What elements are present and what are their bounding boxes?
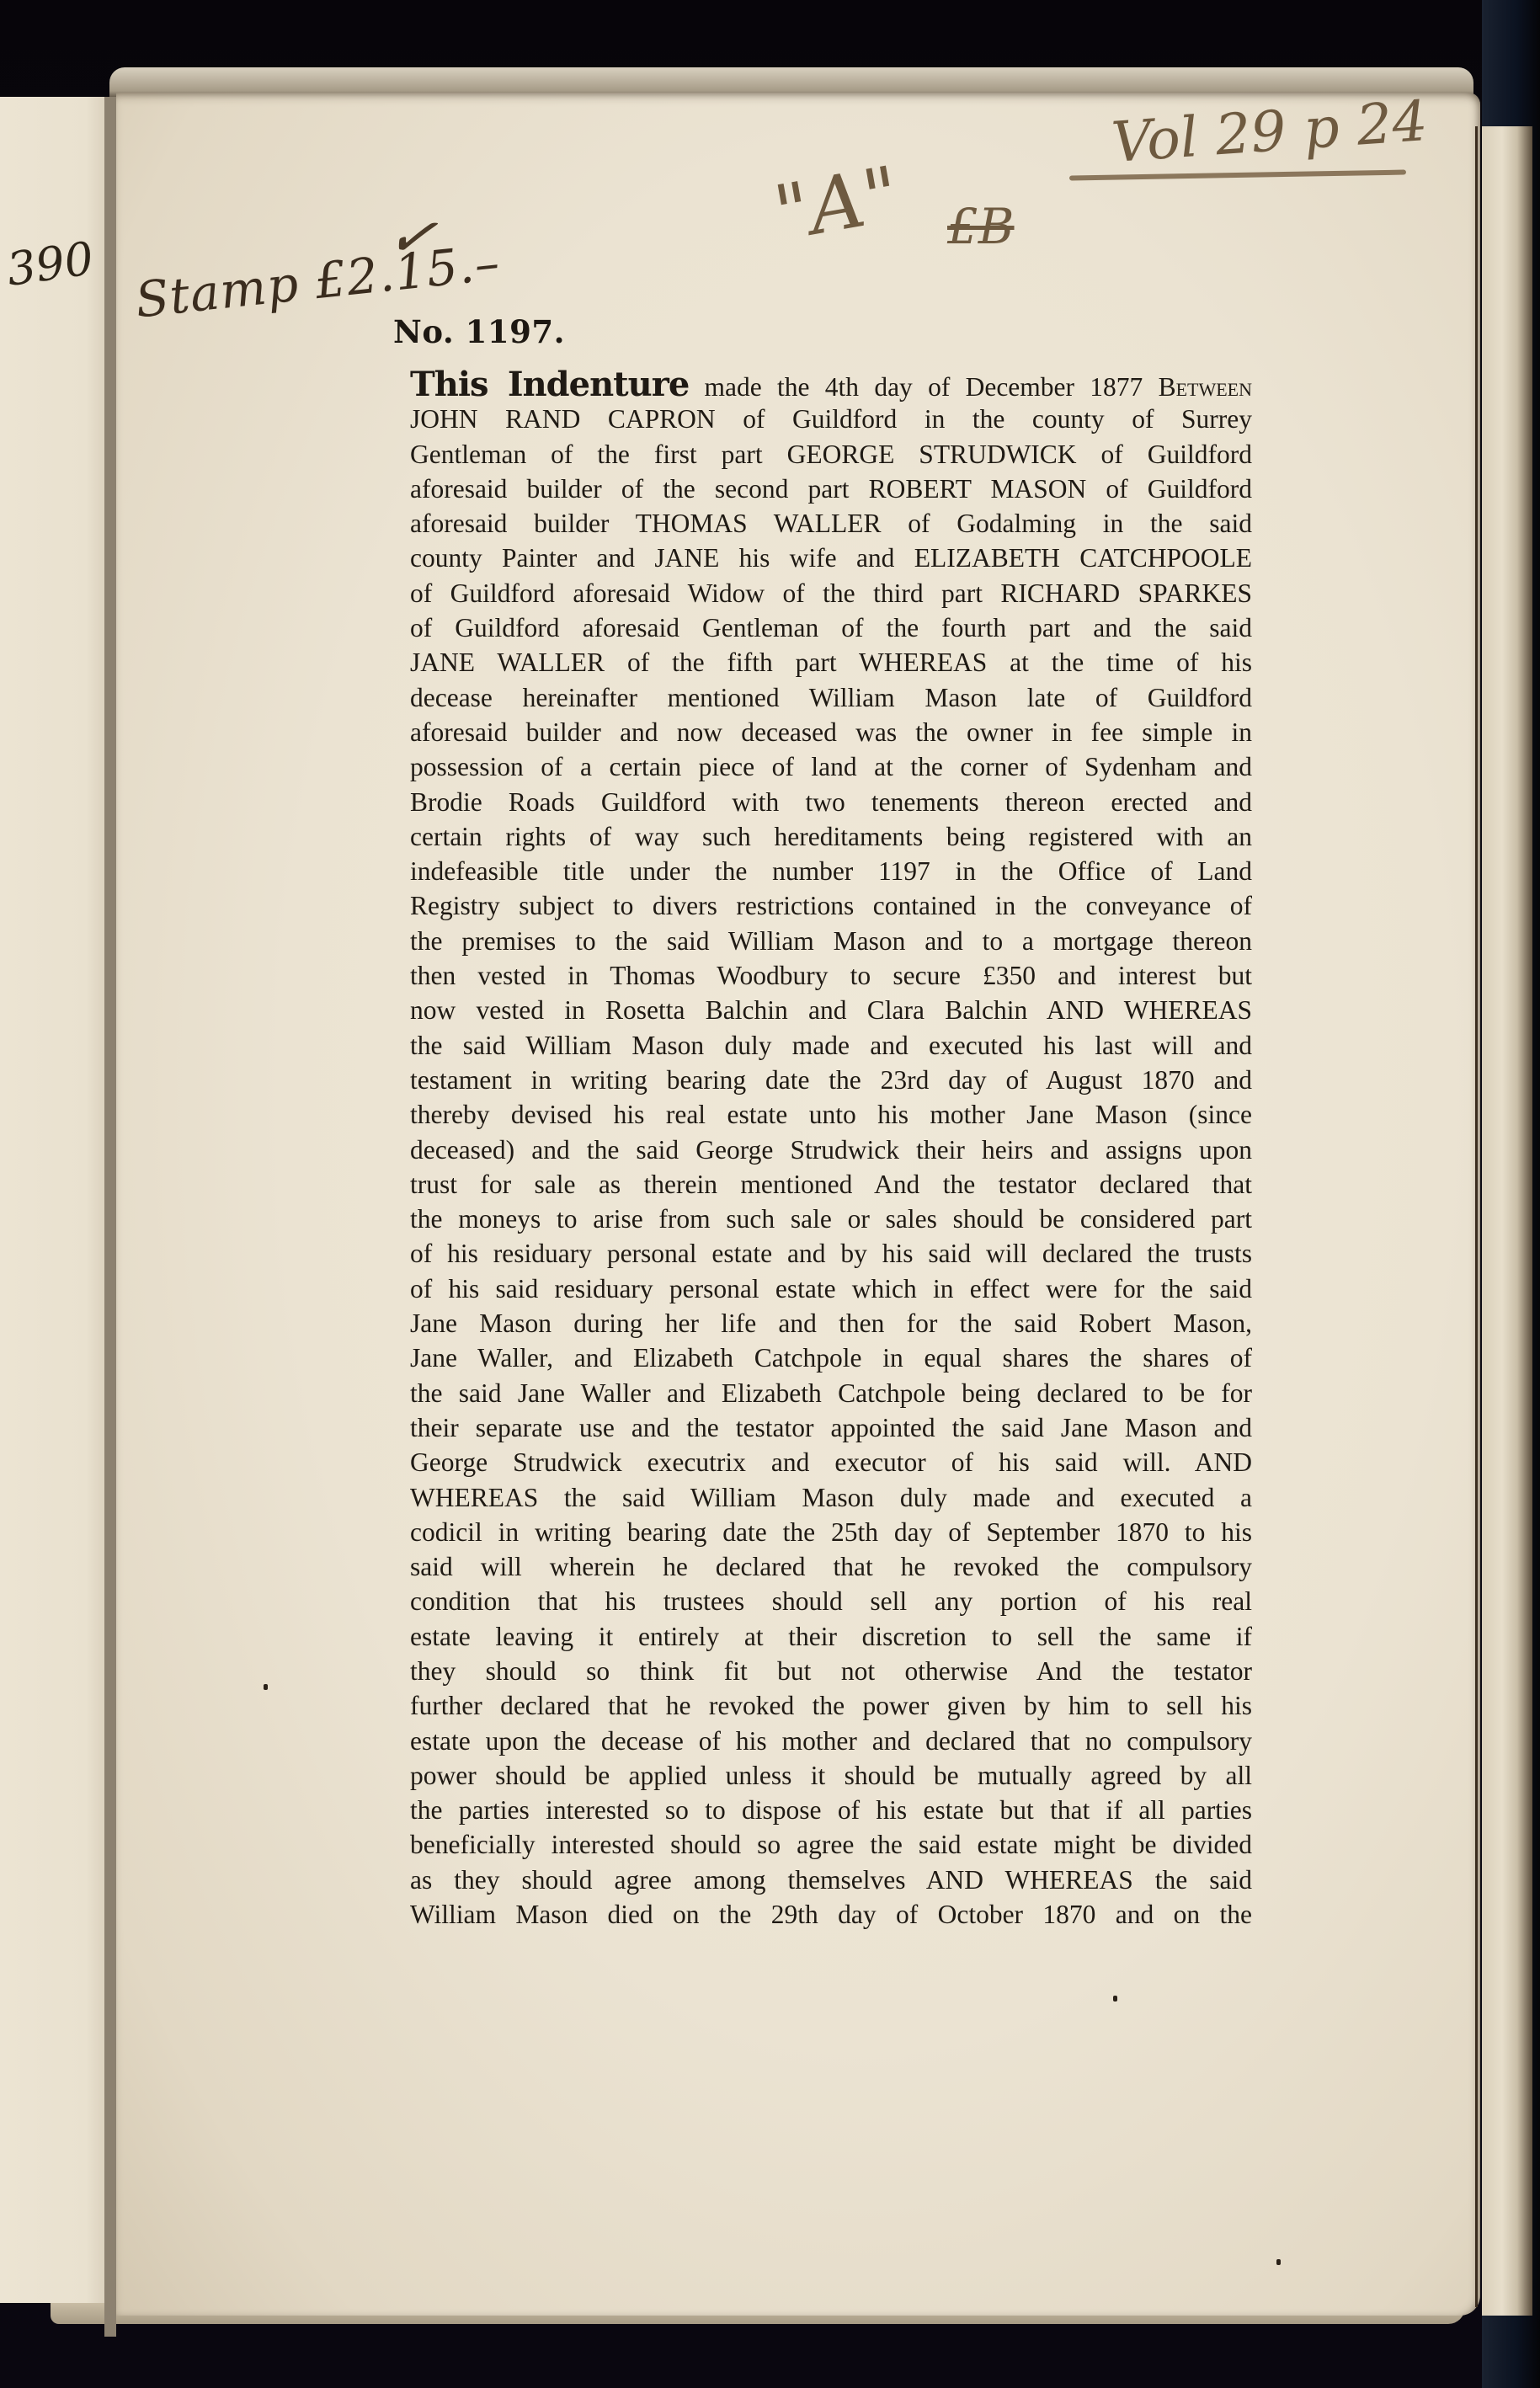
opening-line: This Indenture made the 4th day of Decem… [410,367,1252,402]
text-line: said will wherein he declared that he re… [410,1549,1252,1584]
text-line: county Painter and JANE his wife and ELI… [410,541,1252,575]
text-line: of Guildford aforesaid Widow of the thir… [410,576,1252,610]
text-line: of his said residuary personal estate wh… [410,1271,1252,1306]
document-number-heading: No. 1197. [393,313,565,350]
text-line: aforesaid builder of the second part ROB… [410,472,1252,506]
text-line: William Mason died on the 29th day of Oc… [410,1897,1252,1932]
text-line: trust for sale as therein mentioned And … [410,1167,1252,1202]
text-line: the said Jane Waller and Elizabeth Catch… [410,1376,1252,1410]
text-line: George Strudwick executrix and executor … [410,1445,1252,1479]
text-line: WHEREAS the said William Mason duly made… [410,1480,1252,1515]
text-line: Jane Mason during her life and then for … [410,1306,1252,1341]
paper-speck [1276,2259,1281,2265]
text-line: estate leaving it entirely at their disc… [410,1619,1252,1654]
text-line: JOHN RAND CAPRON of Guildford in the cou… [410,402,1252,436]
paper-speck [264,1684,268,1690]
text-line: deceased) and the said George Strudwick … [410,1133,1252,1167]
text-line: indefeasible title under the number 1197… [410,854,1252,888]
text-line: JANE WALLER of the fifth part WHEREAS at… [410,645,1252,680]
text-line: testament in writing bearing date the 23… [410,1063,1252,1097]
text-line: Registry subject to divers restrictions … [410,888,1252,923]
text-line: Brodie Roads Guildford with two tenement… [410,785,1252,819]
text-line: estate upon the decease of his mother an… [410,1724,1252,1758]
text-line: power should be applied unless it should… [410,1758,1252,1793]
text-line: certain rights of way such hereditaments… [410,819,1252,854]
text-line: of his residuary personal estate and by … [410,1236,1252,1271]
text-line: beneficially interested should so agree … [410,1827,1252,1862]
between-keyword: Between [1159,372,1252,402]
text-line: as they should agree among themselves AN… [410,1863,1252,1897]
text-line: further declared that he revoked the pow… [410,1688,1252,1723]
text-line: thereby devised his real estate unto his… [410,1097,1252,1132]
text-line: possession of a certain piece of land at… [410,749,1252,784]
paper-speck [1113,1996,1117,2002]
facing-left-page [0,97,108,2303]
page-right-edge-line [1475,126,1478,2307]
text-line: aforesaid builder THOMAS WALLER of Godal… [410,506,1252,541]
blackletter-title: This Indenture [410,365,689,404]
text-line: their separate use and the testator appo… [410,1410,1252,1445]
text-line: decease hereinafter mentioned William Ma… [410,680,1252,715]
text-line: they should so think fit but not otherwi… [410,1654,1252,1688]
text-line: Gentleman of the first part GEORGE STRUD… [410,437,1252,472]
text-line: the said William Mason duly made and exe… [410,1028,1252,1063]
page-stack-right-edge [1482,126,1532,2316]
handwritten-check-mark-icon: ✓ [383,199,441,274]
handwritten-crossed-mark: £B [947,198,1015,255]
opening-date-text: made the 4th day of December 1877 [705,372,1143,402]
text-line: then vested in Thomas Woodbury to secure… [410,958,1252,993]
text-line: of Guildford aforesaid Gentleman of the … [410,610,1252,645]
text-line: aforesaid builder and now deceased was t… [410,715,1252,749]
text-line: now vested in Rosetta Balchin and Clara … [410,993,1252,1027]
text-line: the moneys to arise from such sale or sa… [410,1202,1252,1236]
text-line: codicil in writing bearing date the 25th… [410,1515,1252,1549]
indenture-body-text: This Indenture made the 4th day of Decem… [410,367,1252,1932]
book-spine-gutter [104,97,116,2337]
text-line: the parties interested so to dispose of … [410,1793,1252,1827]
text-line: condition that his trustees should sell … [410,1584,1252,1618]
text-line: Jane Waller, and Elizabeth Catchpole in … [410,1341,1252,1375]
text-line: the premises to the said William Mason a… [410,924,1252,958]
